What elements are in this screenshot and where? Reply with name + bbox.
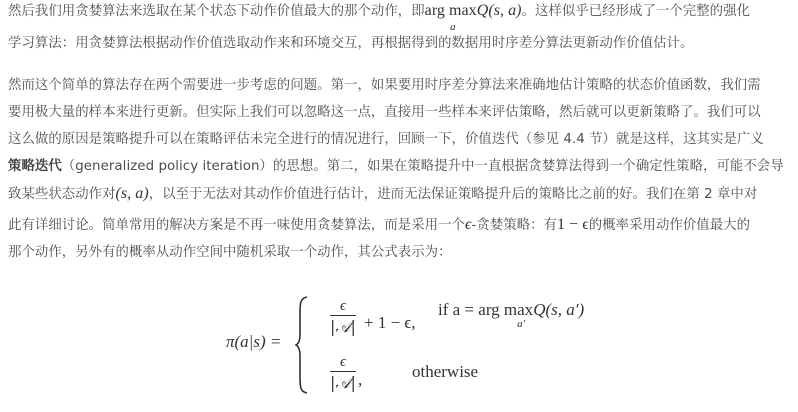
case-2-expression: ,: [358, 370, 362, 390]
paragraph-2-line-5: 致某些状态动作对(s, a)，以至于无法对其动作价值进行估计，进而无法保证策略提…: [8, 185, 757, 204]
paragraph-1-line-1: 然后我们用贪婪算法来选取在某个状态下动作价值最大的那个动作，即arg maxaQ…: [8, 2, 750, 21]
paragraph-2-line-6: 此有详细讨论。简单常用的解决方案是不再一味使用贪婪算法，而是采用一个ϵ-贪婪策略…: [8, 216, 750, 235]
text: （generalized policy iteration）的思想。第二，如果在…: [62, 159, 784, 174]
case-2-condition: otherwise: [412, 362, 478, 382]
paragraph-2-line-4: 策略迭代（generalized policy iteration）的思想。第二…: [8, 158, 784, 176]
formula-lhs: π(a|s) =: [226, 332, 281, 352]
epsilon-greedy-formula: π(a|s) = ϵ |𝒜| + 1 − ϵ, if a = arg maxa′…: [222, 292, 602, 402]
paragraph-2-line-1: 然而这个简单的算法存在两个需要进一步考虑的问题。第一，如果要用时序差分算法来准确…: [8, 77, 761, 95]
text: 然后我们用贪婪算法来选取在某个状态下动作价值最大的那个动作，即: [8, 4, 425, 19]
inline-math-state-action: (s, a): [116, 185, 149, 202]
text: 。这样似乎已经形成了一个完整的强化: [522, 4, 751, 19]
case-1-fraction: ϵ |𝒜|: [330, 298, 356, 337]
paragraph-2-line-2: 要用极大量的样本来进行更新。但实际上我们可以忽略这一点，直接用一些样本来评估策略…: [8, 104, 761, 122]
case-2-fraction: ϵ |𝒜|: [330, 354, 356, 393]
case-1-expression: + 1 − ϵ,: [364, 313, 416, 333]
paragraph-2-line-7: 那个动作，另外有的概率从动作空间中随机采取一个动作，其公式表示为：: [8, 244, 452, 262]
paragraph-2-line-3: 这么做的原因是策略提升可以在策略评估未完全进行的情况进行，回顾一下，价值迭代（参…: [8, 131, 764, 149]
case-1-condition: if a = arg maxa′Q(s, a′): [438, 300, 584, 320]
term-gpi: 策略迭代: [8, 159, 62, 174]
inline-math-one-minus-eps: 1 − ϵ: [557, 216, 589, 233]
left-brace-icon: [295, 296, 309, 394]
paragraph-1-line-2: 学习算法：用贪婪算法根据动作价值选取动作来和环境交互，再根据得到的数据用时序差分…: [8, 35, 693, 53]
inline-math-argmax: arg maxaQ(s, a): [425, 2, 522, 19]
